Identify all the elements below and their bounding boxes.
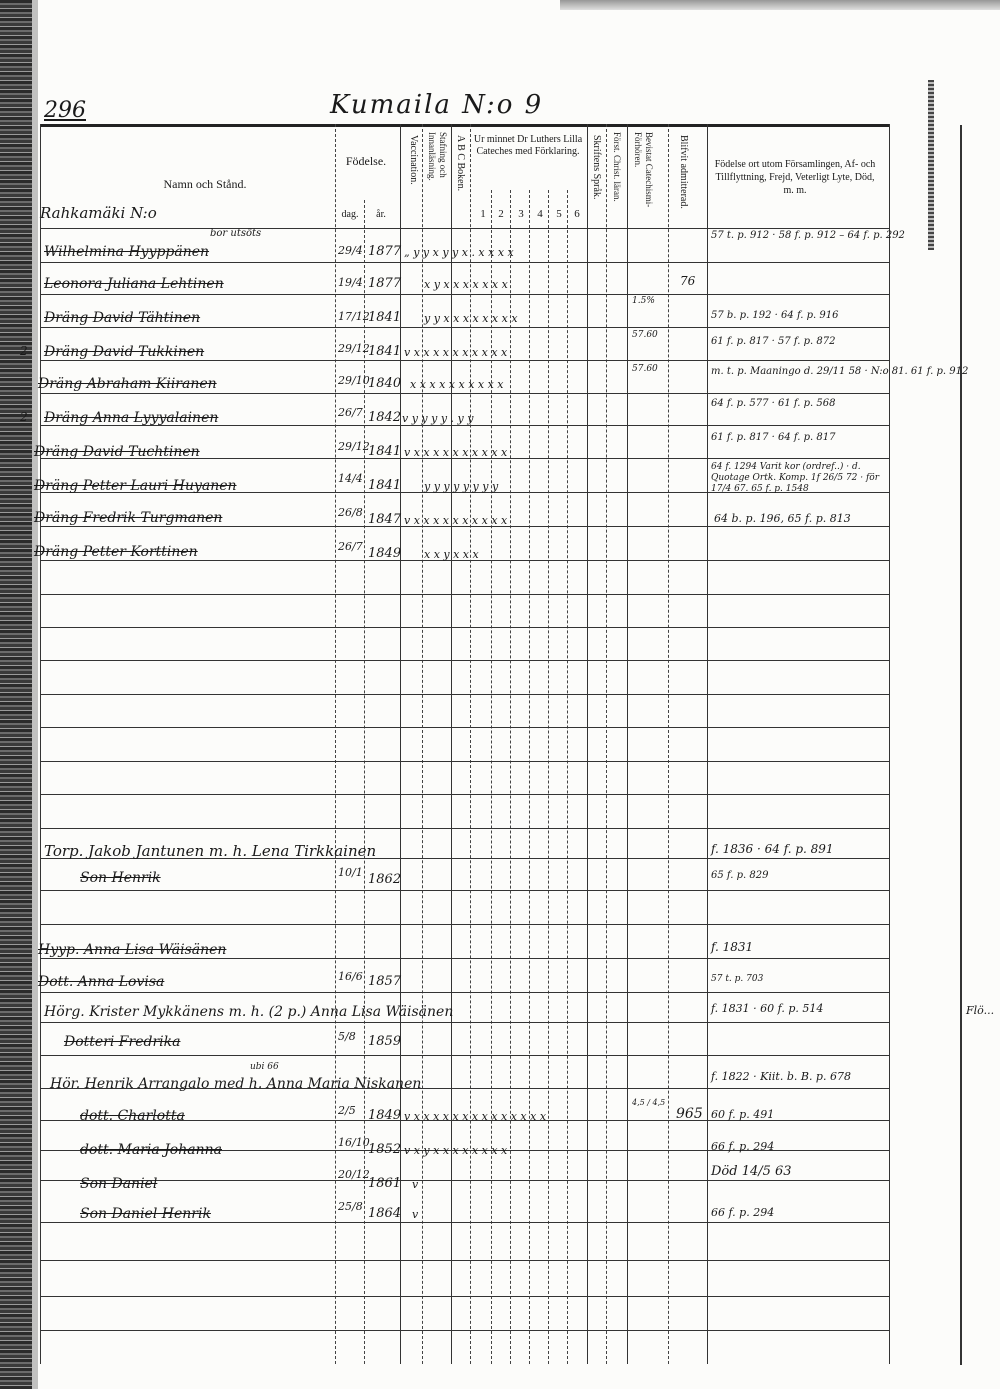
row-rule xyxy=(40,393,890,394)
col-rule xyxy=(548,190,549,1364)
entry-year: 1849 xyxy=(368,546,401,561)
entry-year: 1861 xyxy=(368,1176,401,1191)
col-cat-5: 5 xyxy=(550,208,568,221)
entry-marks: v x y x x x x x x x x xyxy=(404,1144,507,1157)
entry-name: Dott. Anna Lovisa xyxy=(38,974,164,990)
col-header-year: år. xyxy=(366,208,396,221)
entry-marks: x x y x x x xyxy=(424,548,479,561)
entry-marks: x x x x x x x x x x xyxy=(410,378,504,391)
entry-year: 1840 xyxy=(368,376,401,391)
entry-notes: f. 1822 · Kiit. b. B. p. 678 xyxy=(711,1070,851,1083)
row-rule xyxy=(40,360,890,361)
page-top-edge xyxy=(560,0,1000,10)
col-header-reading: Stafning och Innanläsning. xyxy=(426,132,448,222)
entry-notes: 64 f. 1294 Varit kor (ordref..) · d. Quo… xyxy=(711,462,886,495)
entry-notes: 65 f. p. 829 xyxy=(711,870,768,881)
col-header-abc: A B C Boken. xyxy=(455,135,466,220)
entry-marks: x y x x x x x x x xyxy=(424,278,508,291)
entry-name: Hör. Henrik Arrangalo med h. Anna Maria … xyxy=(50,1076,421,1092)
col-rule xyxy=(707,124,708,1364)
book-binding xyxy=(0,0,32,1389)
entry-notes: f. 1831 · 60 f. p. 514 xyxy=(711,1002,823,1015)
entry-name: Son Henrik xyxy=(80,870,161,886)
col-header-admitted: Blifvit admitterad. xyxy=(678,135,689,220)
entry-day: 26/7 xyxy=(338,406,363,419)
entry-year: 1864 xyxy=(368,1206,401,1221)
entry-marks: v x x x x x x x x x x xyxy=(404,446,507,459)
col-header-christ: Först. Christ. läran. xyxy=(611,132,622,222)
entry-day: 16/6 xyxy=(338,970,363,983)
entry-day: 29/12 xyxy=(338,440,370,453)
col-cat-6: 6 xyxy=(568,208,586,221)
entry-day: 29/4 xyxy=(338,244,363,257)
entry-name: dott. Maria Johanna xyxy=(80,1142,222,1158)
entry-prefix: 2 xyxy=(20,410,28,424)
entry-year: 1841 xyxy=(368,310,401,325)
entry-day: 14/4 xyxy=(338,472,363,485)
col-rule xyxy=(422,124,423,1364)
col-rule xyxy=(40,124,41,1364)
col-rule xyxy=(335,124,336,1364)
entry-name: Dräng Petter Korttinen xyxy=(34,544,198,560)
entry-marks: v x x x x x x x x x x x x x x xyxy=(404,1110,546,1123)
entry-name: Leonora Juliana Lehtinen xyxy=(44,276,224,292)
col-header-birth: Födelse. xyxy=(336,155,396,168)
binding-shadow xyxy=(32,0,38,1389)
entry-notes: 57 t. p. 912 · 58 f. p. 912 – 64 f. p. 2… xyxy=(711,230,905,241)
entry-year: 1862 xyxy=(368,872,401,887)
col-rule xyxy=(606,124,607,1364)
entry-attended: 57.60 xyxy=(632,330,658,340)
row-rule xyxy=(40,761,890,762)
entry-marks: v xyxy=(412,1208,418,1221)
entry-day: 19/4 xyxy=(338,276,363,289)
entry-attended: 4,5 / 4,5 xyxy=(632,1098,665,1107)
entry-name: Dräng Anna Lyyyalainen xyxy=(44,410,218,426)
col-rule xyxy=(627,124,628,1364)
row-rule xyxy=(40,1022,890,1023)
margin-stain xyxy=(928,80,934,250)
row-rule xyxy=(40,1055,890,1056)
entry-name: Dräng Fredrik Turgmanen xyxy=(34,510,222,526)
col-cat-2: 2 xyxy=(492,208,510,221)
entry-name: Wilhelmina Hyyppänen xyxy=(44,244,209,260)
entry-marks: v x x x x x x x x x x xyxy=(404,346,507,359)
row-rule xyxy=(40,890,890,891)
row-rule xyxy=(40,294,890,295)
row-rule xyxy=(40,1296,890,1297)
row-rule xyxy=(40,992,890,993)
entry-prefix: 2 xyxy=(20,344,28,358)
entry-name: Dräng David Tukkinen xyxy=(44,344,204,360)
col-rule xyxy=(451,124,452,1364)
entry-marks: y y x x x x x x x x xyxy=(424,312,518,325)
row-rule xyxy=(40,1222,890,1223)
entry-day: 26/7 xyxy=(338,540,363,553)
entry-name: Son Daniel xyxy=(80,1176,157,1192)
entry-day: 16/10 xyxy=(338,1136,370,1149)
header-top-rule xyxy=(40,124,890,127)
col-rule xyxy=(668,124,669,1364)
entry-notes: 66 f. p. 294 xyxy=(711,1140,774,1153)
col-cat-3: 3 xyxy=(512,208,530,221)
entry-day: 29/10 xyxy=(338,374,370,387)
col-header-scripture: Skriftens Språk. xyxy=(591,135,602,220)
entry-day: 25/8 xyxy=(338,1200,363,1213)
entry-notes: 57 b. p. 192 · 64 f. p. 916 xyxy=(711,310,839,321)
next-page-edge xyxy=(960,125,965,1365)
entry-admitted: 965 xyxy=(676,1106,703,1122)
entry-year: 1842 xyxy=(368,410,401,425)
entry-marks: v x x x x x x x x x x xyxy=(404,514,507,527)
entry-marks: „ y y x y y x . x x x x xyxy=(404,246,514,259)
col-header-vaccination: Vaccination. xyxy=(408,135,419,220)
entry-day: 20/12 xyxy=(338,1168,370,1181)
row-rule xyxy=(40,694,890,695)
entry-attended: 57.60 xyxy=(632,364,658,374)
entry-notes: Död 14/5 63 xyxy=(711,1164,792,1179)
col-rule xyxy=(587,124,588,1364)
col-rule xyxy=(470,124,471,1364)
row-rule xyxy=(40,627,890,628)
entry-day: 17/12 xyxy=(338,310,370,323)
row-rule xyxy=(40,262,890,263)
entry-year: 1841 xyxy=(368,444,401,459)
village-heading: Kumaila N:o 9 xyxy=(330,90,543,120)
entry-year: 1852 xyxy=(368,1142,401,1157)
entry-notes: f. 1836 · 64 f. p. 891 xyxy=(711,842,834,856)
entry-name: Hyyp. Anna Lisa Wäisänen xyxy=(38,942,226,958)
entry-year: 1857 xyxy=(368,974,401,989)
entry-name: Hörg. Krister Mykkänens m. h. (2 p.) Ann… xyxy=(44,1004,453,1020)
entry-notes: 66 f. p. 294 xyxy=(711,1206,774,1219)
row-rule xyxy=(40,1180,890,1181)
entry-name: Dräng Abraham Kiiranen xyxy=(38,376,217,392)
entry-admitted: 76 xyxy=(680,274,695,288)
col-cat-4: 4 xyxy=(531,208,549,221)
col-header-day: dag. xyxy=(336,208,364,221)
entry-notes: 64 b. p. 196, 65 f. p. 813 xyxy=(714,512,851,525)
entry-name: Dräng David Tähtinen xyxy=(44,310,200,326)
row-rule xyxy=(40,828,890,829)
col-header-attended: Bevistat Catechismi-Förhören. xyxy=(632,132,654,222)
entry-day: 2/5 xyxy=(338,1104,356,1117)
col-rule xyxy=(491,190,492,1364)
row-rule xyxy=(40,660,890,661)
col-header-notes: Födelse ort utom Församlingen, Af- och T… xyxy=(710,158,880,197)
col-cat-1: 1 xyxy=(474,208,492,221)
entry-attended: 1.5% xyxy=(632,296,655,306)
entry-notes: f. 1831 xyxy=(711,940,753,954)
entry-day: 10/1 xyxy=(338,866,363,879)
entry-notes: 64 f. p. 577 · 61 f. p. 568 xyxy=(711,398,835,409)
entry-name: Dotteri Fredrika xyxy=(64,1034,180,1050)
entry-year: 1877 xyxy=(368,276,401,291)
page-number: 296 xyxy=(44,98,86,123)
col-header-catechism: Ur minnet Dr Luthers Lilla Cateches med … xyxy=(472,134,584,158)
row-rule xyxy=(40,1330,890,1331)
entry-annotation: ubi 66 xyxy=(250,1062,279,1072)
entry-year: 1859 xyxy=(368,1034,401,1049)
col-rule xyxy=(889,124,890,1364)
entry-name: Son Daniel Henrik xyxy=(80,1206,211,1222)
entry-annotation: bor utsöts xyxy=(210,228,261,239)
col-rule xyxy=(529,190,530,1364)
entry-name: Dräng David Tuchtinen xyxy=(34,444,200,460)
row-rule xyxy=(40,924,890,925)
row-rule xyxy=(40,727,890,728)
entry-notes: 61 f. p. 817 · 64 f. p. 817 xyxy=(711,432,835,443)
col-rule xyxy=(510,190,511,1364)
header-bottom-rule xyxy=(40,228,890,229)
col-rule xyxy=(567,190,568,1364)
entry-notes: 60 f. p. 491 xyxy=(711,1108,774,1121)
entry-day: 29/12 xyxy=(338,342,370,355)
entry-marks: v xyxy=(412,1178,418,1191)
entry-day: 5/8 xyxy=(338,1030,356,1043)
entry-notes: m. t. p. Maaningo d. 29/11 58 · N:o 81. … xyxy=(711,366,968,377)
household-label: Rahkamäki N:o xyxy=(40,204,157,222)
entry-notes: 61 f. p. 817 · 57 f. p. 872 xyxy=(711,336,835,347)
entry-name: dott. Charlotta xyxy=(80,1108,185,1124)
row-rule xyxy=(40,327,890,328)
entry-year: 1849 xyxy=(368,1108,401,1123)
entry-marks: v y y y y . y y xyxy=(402,412,473,425)
entry-year: 1841 xyxy=(368,344,401,359)
entry-day: 26/8 xyxy=(338,506,363,519)
register-page: 296 Kumaila N:o 9 Namn och Stånd. Födels… xyxy=(0,0,1000,1389)
row-rule xyxy=(40,594,890,595)
col-header-name: Namn och Stånd. xyxy=(80,178,330,191)
entry-marks: y y y y y y y y xyxy=(424,480,498,493)
entry-year: 1877 xyxy=(368,244,401,259)
entry-year: 1847 xyxy=(368,512,401,527)
entry-notes: 57 t. p. 703 xyxy=(711,974,763,984)
entry-name: Torp. Jakob Jantunen m. h. Lena Tirkkain… xyxy=(44,842,376,860)
entry-name: Dräng Petter Lauri Huyanen xyxy=(34,478,237,494)
row-rule xyxy=(40,958,890,959)
entry-year: 1841 xyxy=(368,478,401,493)
row-rule xyxy=(40,1260,890,1261)
row-rule xyxy=(40,794,890,795)
next-page-fragment: Flö... xyxy=(966,1004,994,1017)
